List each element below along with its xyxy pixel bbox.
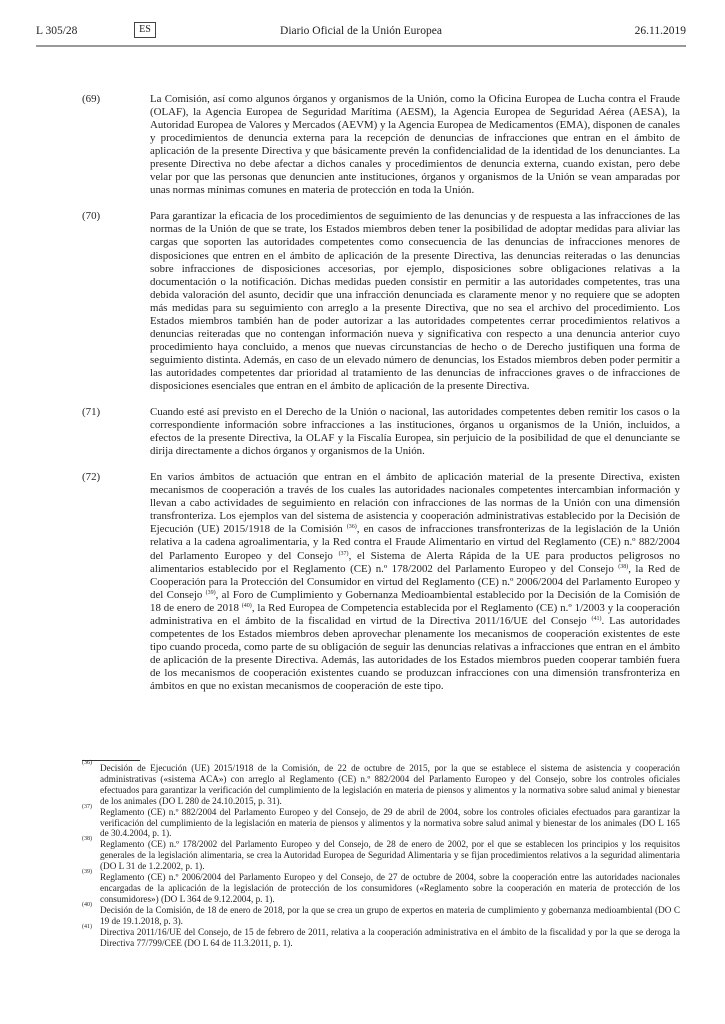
recital-70: (70) Para garantizar la eficacia de los … bbox=[82, 210, 680, 393]
footnote-ref-40[interactable]: (40) bbox=[242, 603, 252, 609]
footnote-36: (36) Decisión de Ejecución (UE) 2015/191… bbox=[82, 763, 680, 807]
recital-69: (69) La Comisión, así como algunos órgan… bbox=[82, 93, 680, 197]
recital-text: La Comisión, así como algunos órganos y … bbox=[150, 93, 680, 196]
footnotes: (36) Decisión de Ejecución (UE) 2015/191… bbox=[82, 763, 680, 948]
recital-72: (72) En varios ámbitos de actuación que … bbox=[82, 471, 680, 693]
recital-number: (72) bbox=[82, 471, 100, 484]
recital-number: (71) bbox=[82, 406, 100, 419]
recital-text: Para garantizar la eficacia de los proce… bbox=[150, 210, 680, 392]
footnote-text: Reglamento (CE) n.º 178/2002 del Parlame… bbox=[100, 839, 680, 871]
recital-number: (69) bbox=[82, 93, 100, 106]
footnote-ref-37[interactable]: (37) bbox=[339, 551, 349, 557]
publication-date: 26.11.2019 bbox=[635, 25, 686, 37]
journal-title: Diario Oficial de la Unión Europea bbox=[36, 25, 686, 37]
footnote-41: (41) Directiva 2011/16/UE del Consejo, d… bbox=[82, 927, 680, 949]
footnote-40: (40) Decisión de la Comisión, de 18 de e… bbox=[82, 905, 680, 927]
footnote-ref-38[interactable]: (38) bbox=[618, 564, 628, 570]
footnote-text: Directiva 2011/16/UE del Consejo, de 15 … bbox=[100, 927, 680, 948]
footnote-ref-36[interactable]: (36) bbox=[347, 524, 357, 530]
recital-number: (70) bbox=[82, 210, 100, 223]
page-header: L 305/28 ES Diario Oficial de la Unión E… bbox=[36, 22, 686, 44]
footnote-text: Decisión de la Comisión, de 18 de enero … bbox=[100, 905, 680, 926]
recital-text: En varios ámbitos de actuación que entra… bbox=[150, 471, 680, 692]
footnote-37: (37) Reglamento (CE) n.º 882/2004 del Pa… bbox=[82, 807, 680, 840]
document-body: (69) La Comisión, así como algunos órgan… bbox=[82, 93, 680, 706]
footnote-ref-41[interactable]: (41) bbox=[592, 616, 602, 622]
header-divider bbox=[36, 45, 686, 47]
footnote-ref-39[interactable]: (39) bbox=[206, 590, 216, 596]
footnote-text: Reglamento (CE) n.º 882/2004 del Parlame… bbox=[100, 807, 680, 839]
recital-text: Cuando esté así previsto en el Derecho d… bbox=[150, 406, 680, 457]
recital-71: (71) Cuando esté así previsto en el Dere… bbox=[82, 406, 680, 458]
footnote-38: (38) Reglamento (CE) n.º 178/2002 del Pa… bbox=[82, 839, 680, 872]
footnote-text: Decisión de Ejecución (UE) 2015/1918 de … bbox=[100, 763, 680, 806]
footnote-text: Reglamento (CE) n.º 2006/2004 del Parlam… bbox=[100, 872, 680, 904]
footnote-39: (39) Reglamento (CE) n.º 2006/2004 del P… bbox=[82, 872, 680, 905]
